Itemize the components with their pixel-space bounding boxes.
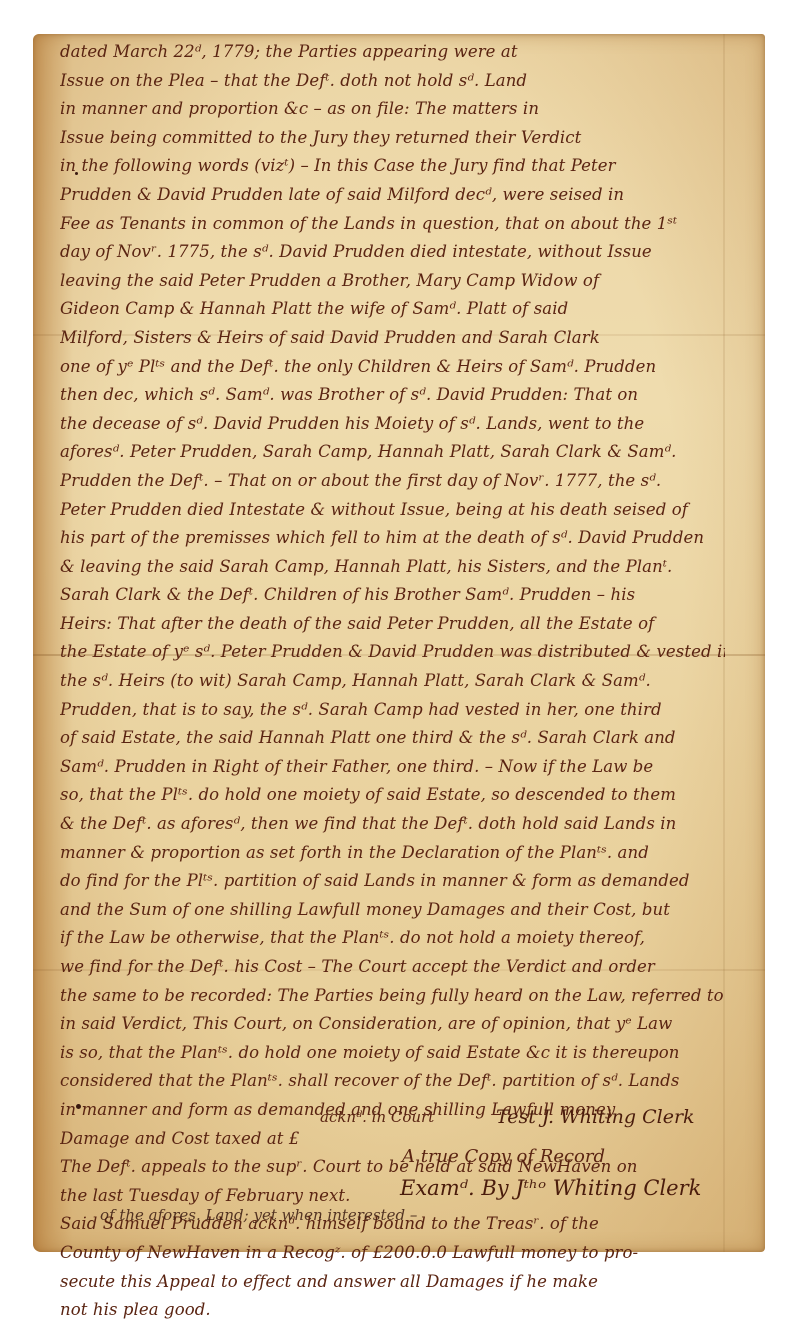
attest-signature: Test J. Whiting Clerk	[496, 1106, 695, 1128]
text-line: Sarah Clark & the Defᵗ. Children of his …	[60, 581, 725, 610]
text-line: Issue on the Plea – that the Defᵗ. doth …	[60, 67, 725, 96]
text-line: is so, that the Planᵗˢ. do hold one moie…	[60, 1039, 725, 1068]
text-line: Prudden, that is to say, the sᵈ. Sarah C…	[60, 696, 725, 725]
examined-signature: Examᵈ. By Jᵗʰᵒ Whiting Clerk	[400, 1176, 701, 1200]
text-line: leaving the said Peter Prudden a Brother…	[60, 267, 725, 296]
text-line: in said Verdict, This Court, on Consider…	[60, 1010, 725, 1039]
text-line: Gideon Camp & Hannah Platt the wife of S…	[60, 295, 725, 324]
text-line: Peter Prudden died Intestate & without I…	[60, 496, 725, 525]
text-line: & the Defᵗ. as aforesᵈ, then we find tha…	[60, 810, 725, 839]
text-line: aforesᵈ. Peter Prudden, Sarah Camp, Hann…	[60, 438, 725, 467]
text-line: manner & proportion as set forth in the …	[60, 839, 725, 868]
ink-blot	[76, 1104, 81, 1109]
text-line: the sᵈ. Heirs (to wit) Sarah Camp, Hanna…	[60, 667, 725, 696]
text-line: Prudden & David Prudden late of said Mil…	[60, 181, 725, 210]
acknowledged-note: acknᵈ. in Court	[320, 1108, 434, 1126]
text-line: considered that the Planᵗˢ. shall recove…	[60, 1067, 725, 1096]
text-line: Heirs: That after the death of the said …	[60, 610, 725, 639]
text-line: the decease of sᵈ. David Prudden his Moi…	[60, 410, 725, 439]
text-line: Samᵈ. Prudden in Right of their Father, …	[60, 753, 725, 782]
text-line: Milford, Sisters & Heirs of said David P…	[60, 324, 725, 353]
text-line: secute this Appeal to effect and answer …	[60, 1268, 725, 1288]
handwritten-text-body: dated March 22ᵈ, 1779; the Parties appea…	[60, 38, 725, 1288]
text-line: then dec, which sᵈ. Samᵈ. was Brother of…	[60, 381, 725, 410]
text-line: we find for the Defᵗ. his Cost – The Cou…	[60, 953, 725, 982]
text-line: the same to be recorded: The Parties bei…	[60, 982, 725, 1011]
text-line: if the Law be otherwise, that the Planᵗˢ…	[60, 924, 725, 953]
true-copy-note: A true Copy of Record	[402, 1146, 605, 1167]
text-line: so, that the Plᵗˢ. do hold one moiety of…	[60, 781, 725, 810]
text-line: Prudden the Defᵗ. – That on or about the…	[60, 467, 725, 496]
text-line: the Estate of yᵉ sᵈ. Peter Prudden & Dav…	[60, 638, 725, 667]
cut-off-text-fragment: of the afores. Land; yet when interested…	[100, 1206, 417, 1224]
text-line: in the following words (vizᵗ) – In this …	[60, 152, 725, 181]
text-line: day of Novʳ. 1775, the sᵈ. David Prudden…	[60, 238, 725, 267]
text-line: of said Estate, the said Hannah Platt on…	[60, 724, 725, 753]
text-line: and the Sum of one shilling Lawfull mone…	[60, 896, 725, 925]
text-line: dated March 22ᵈ, 1779; the Parties appea…	[60, 38, 725, 67]
text-line: Issue being committed to the Jury they r…	[60, 124, 725, 153]
text-line: Damage and Cost taxed at £	[60, 1125, 725, 1154]
text-line: in manner and proportion &c – as on file…	[60, 95, 725, 124]
text-line: do find for the Plᵗˢ. partition of said …	[60, 867, 725, 896]
ink-blot	[75, 172, 78, 175]
text-line: his part of the premisses which fell to …	[60, 524, 725, 553]
text-line: Fee as Tenants in common of the Lands in…	[60, 210, 725, 239]
text-line: one of yᵉ Plᵗˢ and the Defᵗ. the only Ch…	[60, 353, 725, 382]
text-line: County of NewHaven in a Recogᶻ. of £200.…	[60, 1239, 725, 1268]
text-line: & leaving the said Sarah Camp, Hannah Pl…	[60, 553, 725, 582]
